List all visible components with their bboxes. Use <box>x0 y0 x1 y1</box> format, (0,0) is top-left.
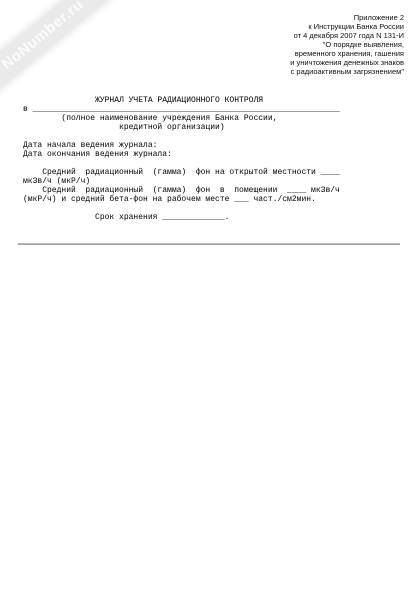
appendix-header-line: с радиоактивным загрязнением" <box>290 67 404 76</box>
journal-end-date-line: Дата окончания ведения журнала: <box>23 150 340 159</box>
retention-period-line: Срок хранения _____________. <box>23 213 340 222</box>
org-name-blank-line: в ______________________________________… <box>23 105 340 114</box>
page-divider <box>18 243 400 245</box>
appendix-header-line: Приложение 2 <box>290 13 404 22</box>
appendix-header-line: и уничтожения денежных знаков <box>290 58 404 67</box>
document-title: ЖУРНАЛ УЧЕТА РАДИАЦИОННОГО КОНТРОЛЯ <box>23 96 340 105</box>
document-page: NoNumber.ru Приложение 2 к Инструкции Ба… <box>0 0 420 600</box>
appendix-header-line: временного хранения, гашения <box>290 49 404 58</box>
blank-line <box>23 159 340 168</box>
blank-line <box>23 132 340 141</box>
journal-start-date-line: Дата начала ведения журнала: <box>23 141 340 150</box>
gamma-indoors-line-2: (мкР/ч) и средний бета-фон на рабочем ме… <box>23 195 340 204</box>
blank-line <box>23 204 340 213</box>
org-name-caption-line-2: кредитной организации) <box>23 123 340 132</box>
gamma-outdoors-line-2: мкЗв/ч (мкР/ч) <box>23 177 340 186</box>
appendix-header-line: "О порядке выявления, <box>290 40 404 49</box>
org-name-caption-line-1: (полное наименование учреждения Банка Ро… <box>23 114 340 123</box>
journal-form-text: ЖУРНАЛ УЧЕТА РАДИАЦИОННОГО КОНТРОЛЯ в __… <box>23 96 340 222</box>
watermark: NoNumber.ru <box>0 0 129 109</box>
appendix-header: Приложение 2 к Инструкции Банка России о… <box>290 13 404 76</box>
gamma-outdoors-line-1: Средний радиационный (гамма) фон на откр… <box>23 168 340 177</box>
appendix-header-line: от 4 декабря 2007 года N 131-И <box>290 31 404 40</box>
gamma-indoors-line-1: Средний радиационный (гамма) фон в помещ… <box>23 186 340 195</box>
appendix-header-line: к Инструкции Банка России <box>290 22 404 31</box>
